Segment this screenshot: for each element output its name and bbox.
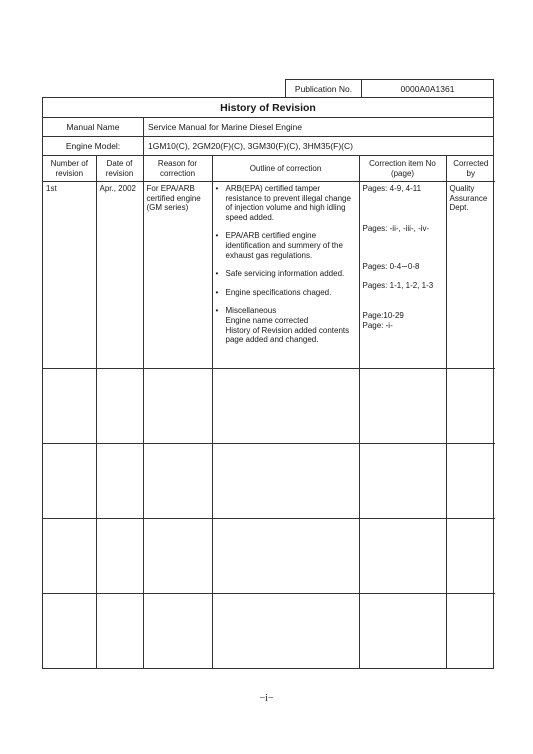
empty-cell [143,519,212,594]
col-header-date: Date of revision [96,156,143,182]
page-title: History of Revision [43,98,493,118]
page-ref: Page: -i- [363,321,443,331]
revision-table: Number of revision Date of revision Reas… [43,156,495,668]
col-header-reason: Reason for correction [143,156,212,182]
publication-label: Publication No. [286,80,362,97]
page-ref: Page:10-29 [363,311,443,321]
page-ref: Pages: 0-4∼0-8 [363,262,443,281]
outline-item: Safe servicing information added. [216,269,356,279]
publication-number-box: Publication No. 0000A0A1361 [285,79,494,97]
manual-name-label: Manual Name [43,118,144,136]
table-row: 1st Apr., 2002 For EPA/ARB certified eng… [43,182,495,369]
table-row-empty [43,594,495,669]
table-header-row: Number of revision Date of revision Reas… [43,156,495,182]
empty-cell [43,519,96,594]
page-number: −i− [0,693,533,704]
revision-number: 1st [43,182,96,369]
col-header-number: Number of revision [43,156,96,182]
empty-cell [446,594,495,669]
outline-item-misc: Miscellaneous Engine name corrected Hist… [216,306,356,344]
empty-cell [359,519,446,594]
table-row-empty [43,444,495,519]
empty-cell [43,444,96,519]
empty-cell [359,369,446,444]
empty-cell [96,594,143,669]
manual-name-value: Service Manual for Marine Diesel Engine [144,118,493,136]
col-header-pages: Correction item No (page) [359,156,446,182]
empty-cell [359,444,446,519]
page-ref: Pages: 1-1, 1-2, 1-3 [363,281,443,311]
outline-misc-sub: Engine name corrected [226,316,356,326]
publication-number: 0000A0A1361 [362,80,493,97]
engine-model-row: Engine Model: 1GM10(C), 2GM20(F)(C), 3GM… [43,137,493,156]
empty-cell [446,519,495,594]
revision-date: Apr., 2002 [96,182,143,369]
empty-cell [143,369,212,444]
empty-cell [359,594,446,669]
table-row-empty [43,519,495,594]
revision-pages: Pages: 4-9, 4-11 Pages: -ii-, -iii-, -iv… [359,182,446,369]
table-row-empty [43,369,495,444]
outline-item: ARB(EPA) certified tamper resistance to … [216,184,356,222]
outline-misc-heading: Miscellaneous [226,306,356,316]
col-header-corrected-by: Corrected by [446,156,495,182]
empty-cell [212,444,359,519]
revision-corrected-by: Quality Assurance Dept. [446,182,495,369]
col-header-outline: Outline of correction [212,156,359,182]
empty-cell [446,444,495,519]
empty-cell [212,369,359,444]
empty-cell [96,369,143,444]
page-ref: Pages: -ii-, -iii-, -iv- [363,224,443,262]
outline-item: Engine specifications chaged. [216,288,356,298]
empty-cell [212,594,359,669]
empty-cell [212,519,359,594]
outline-item: EPA/ARB certified engine identification … [216,231,356,260]
engine-model-label: Engine Model: [43,137,144,155]
page-ref: Pages: 4-9, 4-11 [363,184,443,224]
revision-outline: ARB(EPA) certified tamper resistance to … [212,182,359,369]
empty-cell [43,369,96,444]
revision-history-sheet: History of Revision Manual Name Service … [42,97,494,669]
engine-model-value: 1GM10(C), 2GM20(F)(C), 3GM30(F)(C), 3HM3… [144,137,493,155]
outline-misc-sub: History of Revision added contents page … [226,326,356,345]
empty-cell [96,519,143,594]
empty-cell [96,444,143,519]
manual-name-row: Manual Name Service Manual for Marine Di… [43,118,493,137]
revision-reason: For EPA/ARB certified engine (GM series) [143,182,212,369]
empty-cell [143,444,212,519]
empty-cell [446,369,495,444]
empty-cell [43,594,96,669]
empty-cell [143,594,212,669]
